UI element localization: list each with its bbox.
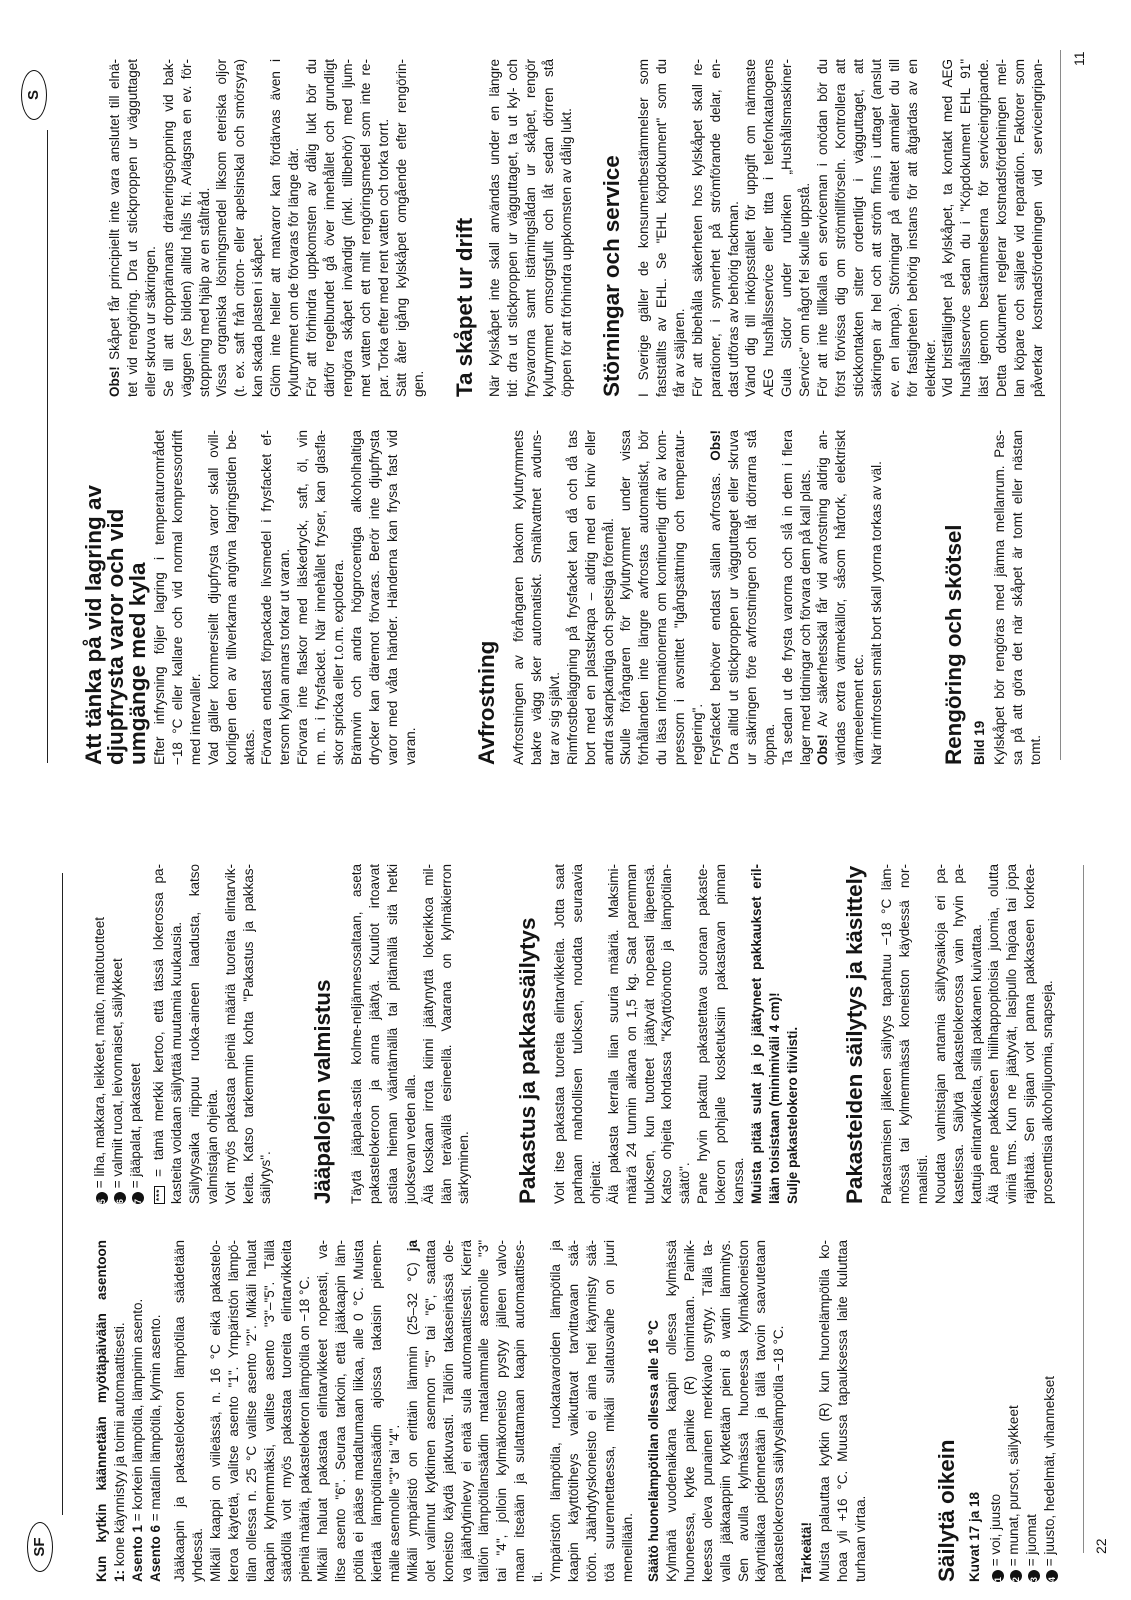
paragraph: Frysfacket behöver endast sällan avfrost… — [707, 430, 779, 765]
page-11-swedish: S Att tänka på vid lagring avdjupfrysta … — [0, 0, 1131, 1600]
text-line: Avfrostningen av förångaren bakom kylutr… — [510, 430, 528, 765]
paragraph: Skulle förångaren för kylutrymmet under … — [617, 430, 707, 765]
text-line: gen. — [410, 59, 428, 397]
text-line: umgänge med kyla — [127, 485, 149, 765]
text-line: förhållanden inte längre avfrostas autom… — [635, 430, 653, 765]
document-spread: SF Kun kytkin käännetään myötäpäivään as… — [0, 0, 1131, 1600]
page-11-column-1: Att tänka på vid lagring avdjupfrysta va… — [0, 430, 1131, 765]
paragraph: Att tänka på vid lagring avdjupfrysta va… — [83, 485, 149, 765]
text-line: AEG hushållsservice eller titta i telefo… — [760, 59, 778, 397]
text-line: För att inte tillkalla en serviceman i o… — [814, 59, 832, 397]
section-heading-frozen-goods: Att tänka på vid lagring avdjupfrysta va… — [83, 485, 149, 765]
paragraph: Förvara inte flaskor med läskedryck, saf… — [294, 430, 348, 765]
text-line: Gula Sidor under rubriken „Hushållsmaski… — [778, 59, 796, 397]
section-heading-shutdown: Ta skåpet ur drift — [452, 218, 478, 397]
text-line: Dra alltid ut stickproppen ur vägguttage… — [725, 430, 743, 765]
text-line: Obs! Skåpet får principiellt inte vara a… — [106, 59, 124, 397]
text-line: Vissa organiska lösningsmedel liksom ete… — [213, 59, 231, 397]
paragraph: För att bibehålla säkerheten hos kylskåp… — [689, 59, 743, 397]
text-line: öppen för att förhindra uppkomsten av då… — [558, 59, 576, 397]
service-text: I Sverige gäller de konsumentbestämmelse… — [635, 59, 1047, 397]
text-line: korligen den av tillverkarna angivna lag… — [223, 430, 241, 765]
text-line: Skulle förångaren för kylutrymmet under … — [617, 430, 635, 765]
text-line: reglering". — [689, 430, 707, 765]
text-line: m. m. i frysfacket. När innehållet fryse… — [312, 430, 330, 765]
text-line: Förvara endast förpackade livsmedel i fr… — [258, 430, 276, 765]
text-line: tersom kylan annars torkar ut varan. — [276, 430, 294, 765]
text-line: påverkar kostnadsfördelningen vid servic… — [1029, 59, 1047, 397]
defrosting-text: Avfrostningen av förångaren bakom kylutr… — [510, 430, 886, 765]
paragraph: För att inte tillkalla en serviceman i o… — [814, 59, 939, 397]
text-line: Vad gäller kommersiellt djupfrysta varor… — [205, 430, 223, 765]
paragraph: Obs! Skåpet får principiellt inte vara a… — [106, 59, 160, 397]
text-line: vändas extra värmekällor, såsom hårtork,… — [832, 430, 850, 765]
text-line: först förvissa dig om strömtillförseln. … — [832, 59, 850, 397]
text-line: När rimfrosten smält bort skall ytorna t… — [868, 430, 886, 765]
paragraph: För att förhindra uppkomsten av dålig lu… — [303, 59, 393, 397]
text-line: dast utföras av behörig fackman. — [725, 59, 743, 397]
text-line: bort med en plastskrapa – aldrig med en … — [582, 430, 600, 765]
text-line: parationer, i synnerhet på strömförande … — [707, 59, 725, 397]
cleaning-text-continued: Obs! Skåpet får principiellt inte vara a… — [106, 59, 428, 397]
section-heading-service: Störningar och service — [599, 155, 625, 397]
paragraph: Rimfrostbeläggning på frysfacket kan då … — [564, 430, 618, 765]
text-line: Glöm inte heller att matvaror kan fördär… — [267, 59, 285, 397]
paragraph: Vid bristfällighet på kylskåpet, ta kont… — [939, 59, 1046, 397]
paragraph: Kylskåpet bör rengöras med jämna mellanr… — [991, 430, 1045, 765]
text-line: (t. ex. saft från citron- eller apelsins… — [231, 59, 249, 397]
text-line: Frysfacket behöver endast sällan avfrost… — [707, 430, 725, 765]
text-line: stickkontakten sitter ordentligt i väggu… — [850, 59, 868, 397]
text-line: Brännvin och andra högprocentiga alkohol… — [348, 430, 366, 765]
text-line: kylutrymmet omsorgsfullt och låt sedan d… — [540, 59, 558, 397]
text-line: aktas. — [241, 430, 259, 765]
text-line: tid: dra ut stickproppen ur vägguttaget,… — [504, 59, 522, 397]
bold-text: Obs! — [708, 430, 723, 461]
paragraph: I Sverige gäller de konsumentbestämmelse… — [635, 59, 689, 397]
text-line: med intervaller. — [187, 430, 205, 765]
paragraph: Glöm inte heller att matvaror kan fördär… — [267, 59, 303, 397]
text-line: tar av sig självt. — [546, 430, 564, 765]
text-line: därför regelbundet gå över innehållet oc… — [321, 59, 339, 397]
text-line: frysvarorna samt istärningslådan ur skåp… — [522, 59, 540, 397]
text-line: djupfrysta varor och vid — [105, 485, 127, 765]
section-heading-defrosting: Avfrostning — [474, 641, 500, 765]
text-line: får av säljaren. — [671, 59, 689, 397]
footer-rule — [1060, 50, 1061, 760]
text-line: Kylskåpet bör rengöras med jämna mellanr… — [991, 430, 1009, 765]
text-line: väggen (se bilden) alltid hålls fri. Avl… — [178, 59, 196, 397]
text-line: För att förhindra uppkomsten av dålig lu… — [303, 59, 321, 397]
text-line: Sätt åter igång kylskåpet omgående efter… — [393, 59, 411, 397]
text-line: Att tänka på vid lagring av — [83, 485, 105, 765]
text-line: Vid bristfällighet på kylskåpet, ta kont… — [939, 59, 957, 397]
paragraph: Obs! Av säkerhetsskäl får vid avfrostnin… — [814, 430, 868, 765]
frozen-goods-text: Efter infrysning följer lagring i temper… — [151, 430, 420, 765]
text-line: För att bibehålla säkerheten hos kylskåp… — [689, 59, 707, 397]
text-line: läst igenom bestämmelserna för servicein… — [975, 59, 993, 397]
text-line: bakre vägg sker automatiskt. Smältvattne… — [528, 430, 546, 765]
text-line: sa på att göra det när skåpet är tomt el… — [1009, 430, 1027, 765]
paragraph: Sätt åter igång kylskåpet omgående efter… — [393, 59, 429, 397]
text-line: du läsa informationerna om kontinuerlig … — [653, 430, 671, 765]
text-line: varan. — [402, 430, 420, 765]
paragraph: Efter infrysning följer lagring i temper… — [151, 430, 205, 765]
text-line: kylutrymmet om de förvaras för länge där… — [285, 59, 303, 397]
text-line: varor med våta händer. Händerna kan frys… — [384, 430, 402, 765]
text-line: drycker kan däremot förvaras. Berör inte… — [366, 430, 384, 765]
text-line: andra skarpkantiga och spetsiga föremål. — [600, 430, 618, 765]
text-line: Rimfrostbeläggning på frysfacket kan då … — [564, 430, 582, 765]
text-line: kan skada plasten i skåpet. — [249, 59, 267, 397]
paragraph: Vänd dig till inköpsstället för uppgift … — [742, 59, 814, 397]
text-line: ur säkringen före avfrostningen och låt … — [743, 430, 761, 765]
paragraph: När kylskåpet inte skall användas under … — [486, 59, 576, 397]
page-number: 11 — [1072, 51, 1086, 66]
paragraph: Ta sedan ut de frysta varorna och slå in… — [779, 430, 815, 765]
text-line: lan köpare och säljare vid reparation. F… — [1011, 59, 1029, 397]
bold-text: Obs! — [107, 366, 122, 397]
text-line: Ta sedan ut de frysta varorna och slå in… — [779, 430, 797, 765]
text-line: Service" om något fel skulle uppstå. — [796, 59, 814, 397]
text-line: hushållsservice sedan du i "Köpdokument … — [957, 59, 975, 397]
text-line: för fastigheten behörig instans för att … — [904, 59, 922, 397]
text-line: eller skruva ur säkringen. — [142, 59, 160, 397]
paragraph: Förvara endast förpackade livsmedel i fr… — [258, 430, 294, 765]
text-line: par. Torka efter med rent vatten och tor… — [375, 59, 393, 397]
paragraph: Brännvin och andra högprocentiga alkohol… — [348, 430, 420, 765]
text-line: met vatten och ett milt rengöringsmedel … — [357, 59, 375, 397]
text-line: fastställts av EHL. Se "EHL köpdokument"… — [653, 59, 671, 397]
figure-reference: Bild 19 — [971, 721, 989, 765]
text-line: stoppning med hjälp av en ståltråd. — [196, 59, 214, 397]
text-line: Förvara inte flaskor med läskedryck, saf… — [294, 430, 312, 765]
paragraph: Avfrostningen av förångaren bakom kylutr… — [510, 430, 564, 765]
text-line: värmeelement etc. — [850, 430, 868, 765]
page-11-column-2: Obs! Skåpet får principiellt inte vara a… — [0, 59, 1131, 397]
paragraph: Se till att dropprännans dräneringsöppni… — [160, 59, 214, 397]
text-line: tet vid rengöring. Dra ut stickproppen u… — [124, 59, 142, 397]
cleaning-text: Kylskåpet bör rengöras med jämna mellanr… — [991, 430, 1045, 765]
paragraph: När rimfrosten smält bort skall ytorna t… — [868, 430, 886, 765]
text-line: säkringen är hel och att ström finns i u… — [868, 59, 886, 397]
text-line: ev. en lampa). Störningar på elnätet anm… — [886, 59, 904, 397]
text-line: öppna. — [761, 430, 779, 765]
section-heading-cleaning: Rengöring och skötsel — [941, 525, 967, 765]
text-line: skor spricka eller t.o.m. explodera. — [330, 430, 348, 765]
text-line: elektriker. — [922, 59, 940, 397]
shutdown-text: När kylskåpet inte skall användas under … — [486, 59, 576, 397]
text-line: Efter infrysning följer lagring i temper… — [151, 430, 169, 765]
text-line: Se till att dropprännans dräneringsöppni… — [160, 59, 178, 397]
text-line: I Sverige gäller de konsumentbestämmelse… — [635, 59, 653, 397]
text-line: Detta dokument reglerar kostnadsfördelni… — [993, 59, 1011, 397]
text-line: Vänd dig till inköpsstället för uppgift … — [742, 59, 760, 397]
text-line: pressorn i avsnittet "Igångsättning och … — [671, 430, 689, 765]
text-line: −18 °C eller kallare och vid normal komp… — [169, 430, 187, 765]
paragraph: Vissa organiska lösningsmedel liksom ete… — [213, 59, 267, 397]
text-line: rengöra skåpet invändigt (inkl. tillbehö… — [339, 59, 357, 397]
text-line: Obs! Av säkerhetsskäl får vid avfrostnin… — [814, 430, 832, 765]
bold-text: Obs! — [815, 734, 830, 765]
text-line: tomt. — [1027, 430, 1045, 765]
text-line: lager med tidningar och förvara dem på k… — [797, 430, 815, 765]
paragraph: Vad gäller kommersiellt djupfrysta varor… — [205, 430, 259, 765]
text-line: När kylskåpet inte skall användas under … — [486, 59, 504, 397]
